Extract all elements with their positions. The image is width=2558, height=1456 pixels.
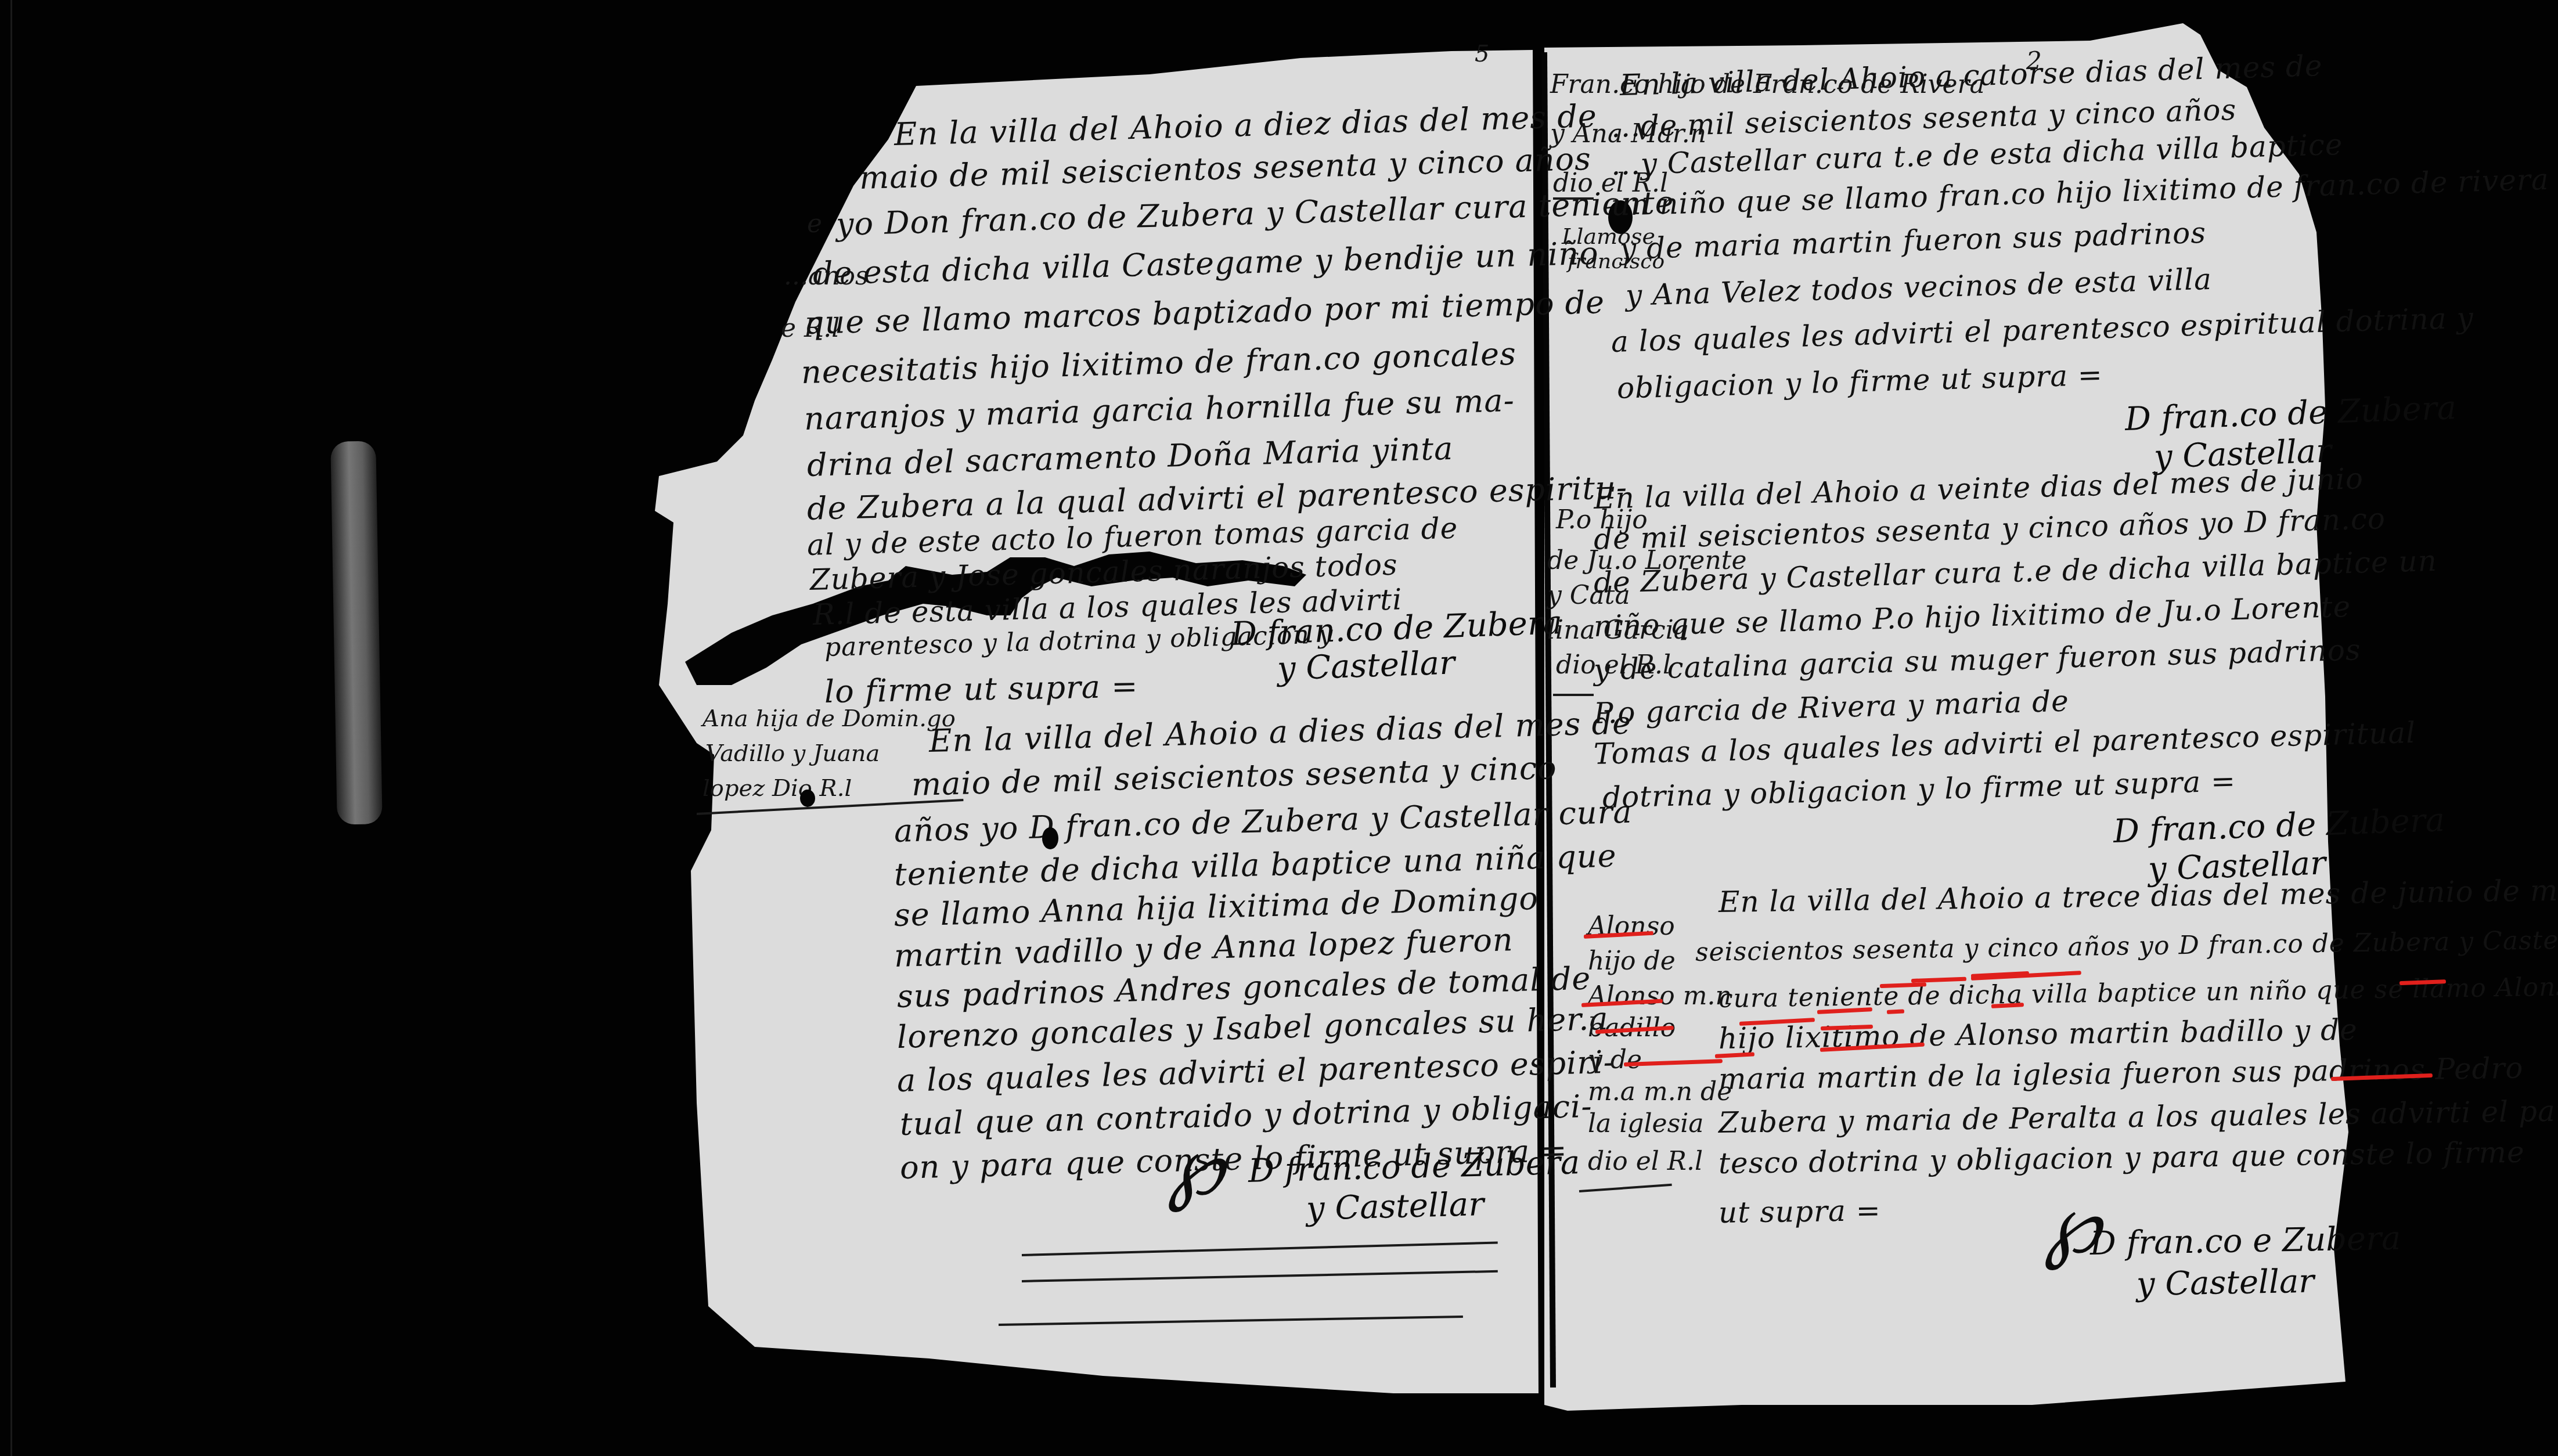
margin-note-line: Vadillo y Juana: [705, 740, 880, 767]
folio-number-left: 5: [1475, 41, 1489, 67]
margin-note-line: dio el R.l: [1588, 1147, 1703, 1176]
entry-line: lo firme ut supra =: [824, 668, 1138, 710]
margin-note-line: hijo de: [1588, 946, 1676, 976]
ink-blot: [1042, 827, 1058, 849]
margin-rule: [1553, 694, 1594, 696]
margin-note-line: m.a m.n de: [1588, 1077, 1732, 1107]
signature: y Castellar: [1277, 644, 1455, 688]
margin-note-line: lopez Dio R.l: [702, 775, 852, 802]
ink-blot: [800, 790, 815, 807]
entry-line: ut supra =: [1718, 1194, 1881, 1230]
margin-note-line: la iglesia: [1588, 1109, 1704, 1138]
signature: y Castellar: [1306, 1185, 1485, 1228]
signature: D fran.co e Zubera: [2089, 1220, 2401, 1263]
margin-rule: [1553, 197, 1594, 200]
signature-flourish: ℘: [1167, 1126, 1224, 1208]
margin-note-line: e: [807, 209, 822, 239]
margin-note-line: Alonso m.n: [1588, 981, 1732, 1011]
margin-note-line: Ana hija de Domin.go: [702, 705, 956, 732]
signature: y Castellar: [2136, 1263, 2314, 1303]
margin-note-line: y de: [1588, 1045, 1642, 1075]
